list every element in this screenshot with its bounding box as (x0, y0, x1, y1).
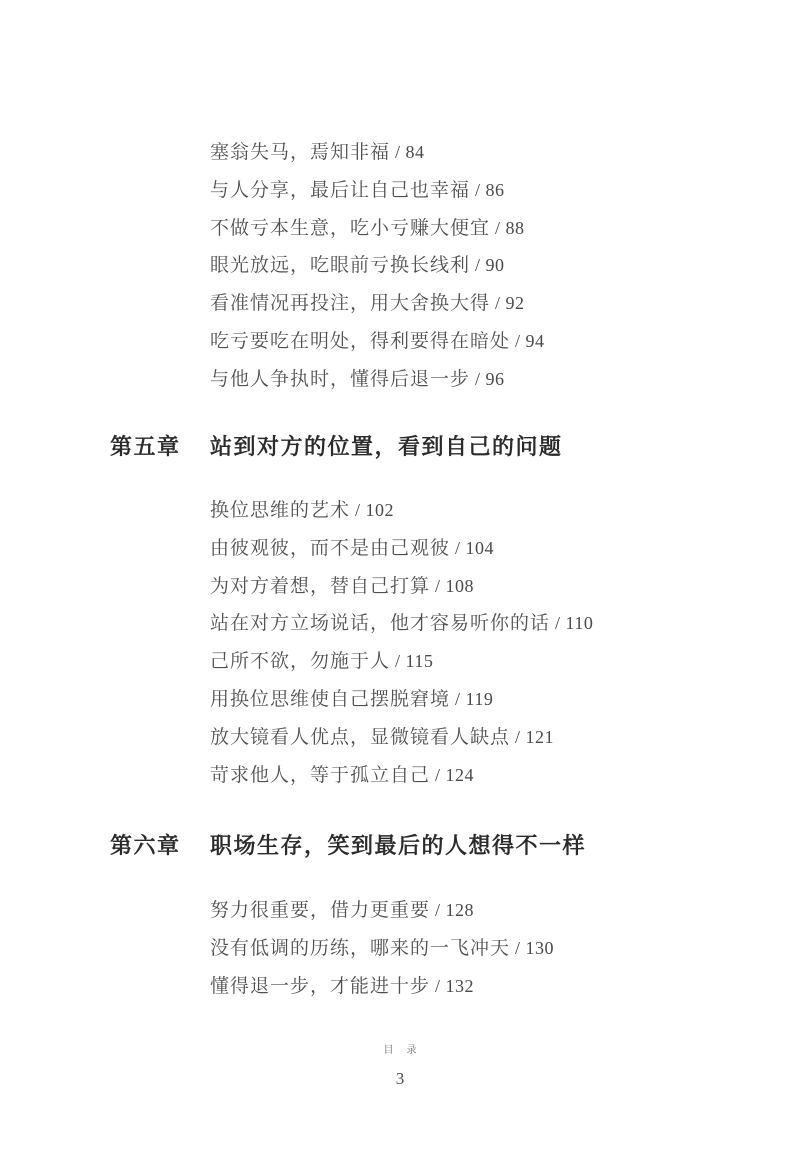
entry-title: 站在对方立场说话，他才容易听你的话 (210, 613, 550, 634)
entry-title: 为对方着想，替自己打算 (210, 576, 430, 597)
entry-title: 眼光放远，吃眼前亏换长线利 (210, 255, 470, 276)
section-heading: 第六章 职场生存，笑到最后的人想得不一样 (110, 830, 760, 862)
toc-entry: 与他人争执时，懂得后退一步 / 96 (210, 361, 760, 399)
entry-title: 看准情况再投注，用大舍换大得 (210, 293, 490, 314)
toc-entry: 与人分享，最后让自己也幸福 / 86 (210, 172, 760, 210)
entry-separator: / (470, 255, 486, 275)
toc-entry: 由彼观彼，而不是由己观彼 / 104 (210, 530, 760, 568)
toc-entry: 不做亏本生意，吃小亏赚大便宜 / 88 (210, 210, 760, 248)
entry-page-number: 86 (486, 180, 505, 200)
entry-page-number: 88 (506, 218, 525, 238)
entry-title: 换位思维的艺术 (210, 500, 350, 521)
entry-title: 懂得退一步，才能进十步 (210, 976, 430, 997)
entry-separator: / (510, 727, 526, 747)
footer-page-number: 3 (0, 1069, 800, 1089)
entry-page-number: 119 (466, 689, 494, 709)
entry-page-number: 130 (526, 938, 555, 958)
entry-page-number: 102 (366, 500, 395, 520)
entry-separator: / (490, 293, 506, 313)
toc-entry-list: 换位思维的艺术 / 102 由彼观彼，而不是由己观彼 / 104 为对方着想，替… (210, 492, 760, 794)
entry-title: 努力很重要，借力更重要 (210, 900, 430, 921)
toc-entry: 站在对方立场说话，他才容易听你的话 / 110 (210, 605, 760, 643)
chapter-label: 第五章 (110, 431, 210, 463)
section-heading: 第五章 站到对方的位置，看到自己的问题 (110, 431, 760, 463)
entry-separator: / (450, 538, 466, 558)
entry-page-number: 108 (446, 576, 475, 596)
entry-separator: / (470, 180, 486, 200)
toc-entry: 看准情况再投注，用大舍换大得 / 92 (210, 285, 760, 323)
entry-separator: / (430, 576, 446, 596)
entry-page-number: 121 (526, 727, 555, 747)
entry-separator: / (550, 613, 566, 633)
entry-title: 由彼观彼，而不是由己观彼 (210, 538, 450, 559)
entry-separator: / (490, 218, 506, 238)
entry-separator: / (430, 765, 446, 785)
entry-title: 用换位思维使自己摆脱窘境 (210, 689, 450, 710)
page: 塞翁失马，焉知非福 / 84 与人分享，最后让自己也幸福 / 86 不做亏本生意… (0, 0, 800, 1158)
toc-entry: 吃亏要吃在明处，得利要得在暗处 / 94 (210, 323, 760, 361)
entry-page-number: 132 (446, 976, 475, 996)
entry-title: 苛求他人，等于孤立自己 (210, 765, 430, 786)
entry-page-number: 96 (486, 369, 505, 389)
entry-page-number: 128 (446, 900, 475, 920)
toc-entry-list: 塞翁失马，焉知非福 / 84 与人分享，最后让自己也幸福 / 86 不做亏本生意… (210, 134, 760, 399)
toc-entry: 努力很重要，借力更重要 / 128 (210, 892, 760, 930)
entry-page-number: 90 (486, 255, 505, 275)
entry-title: 与他人争执时，懂得后退一步 (210, 369, 470, 390)
toc-entry: 换位思维的艺术 / 102 (210, 492, 760, 530)
entry-title: 吃亏要吃在明处，得利要得在暗处 (210, 331, 510, 352)
entry-separator: / (430, 900, 446, 920)
entry-page-number: 110 (566, 613, 594, 633)
toc-entry: 为对方着想，替自己打算 / 108 (210, 568, 760, 606)
entry-page-number: 92 (506, 293, 525, 313)
toc-entry: 没有低调的历练，哪来的一飞冲天 / 130 (210, 930, 760, 968)
entry-separator: / (350, 500, 366, 520)
entry-separator: / (390, 142, 406, 162)
entry-title: 放大镜看人优点，显微镜看人缺点 (210, 727, 510, 748)
toc-entry: 苛求他人，等于孤立自己 / 124 (210, 757, 760, 795)
entry-separator: / (390, 651, 406, 671)
toc-entry: 眼光放远，吃眼前亏换长线利 / 90 (210, 247, 760, 285)
entry-page-number: 115 (406, 651, 434, 671)
entry-separator: / (510, 938, 526, 958)
entry-separator: / (510, 331, 526, 351)
toc-entry: 用换位思维使自己摆脱窘境 / 119 (210, 681, 760, 719)
entry-separator: / (450, 689, 466, 709)
toc-entry: 己所不欲，勿施于人 / 115 (210, 643, 760, 681)
entry-separator: / (430, 976, 446, 996)
entry-title: 不做亏本生意，吃小亏赚大便宜 (210, 218, 490, 239)
toc-entry: 懂得退一步，才能进十步 / 132 (210, 968, 760, 1006)
entry-title: 没有低调的历练，哪来的一飞冲天 (210, 938, 510, 959)
entry-page-number: 84 (406, 142, 425, 162)
entry-title: 塞翁失马，焉知非福 (210, 142, 390, 163)
chapter-title: 职场生存，笑到最后的人想得不一样 (210, 830, 586, 862)
entry-title: 与人分享，最后让自己也幸福 (210, 180, 470, 201)
entry-page-number: 94 (526, 331, 545, 351)
chapter-label: 第六章 (110, 830, 210, 862)
toc-entry: 塞翁失马，焉知非福 / 84 (210, 134, 760, 172)
entry-title: 己所不欲，勿施于人 (210, 651, 390, 672)
entry-separator: / (470, 369, 486, 389)
toc-entry-list: 努力很重要，借力更重要 / 128 没有低调的历练，哪来的一飞冲天 / 130 … (210, 892, 760, 1005)
entry-page-number: 124 (446, 765, 475, 785)
entry-page-number: 104 (466, 538, 495, 558)
chapter-title: 站到对方的位置，看到自己的问题 (210, 431, 563, 463)
footer-running-head: 目录 (0, 1041, 800, 1056)
toc-entry: 放大镜看人优点，显微镜看人缺点 / 121 (210, 719, 760, 757)
